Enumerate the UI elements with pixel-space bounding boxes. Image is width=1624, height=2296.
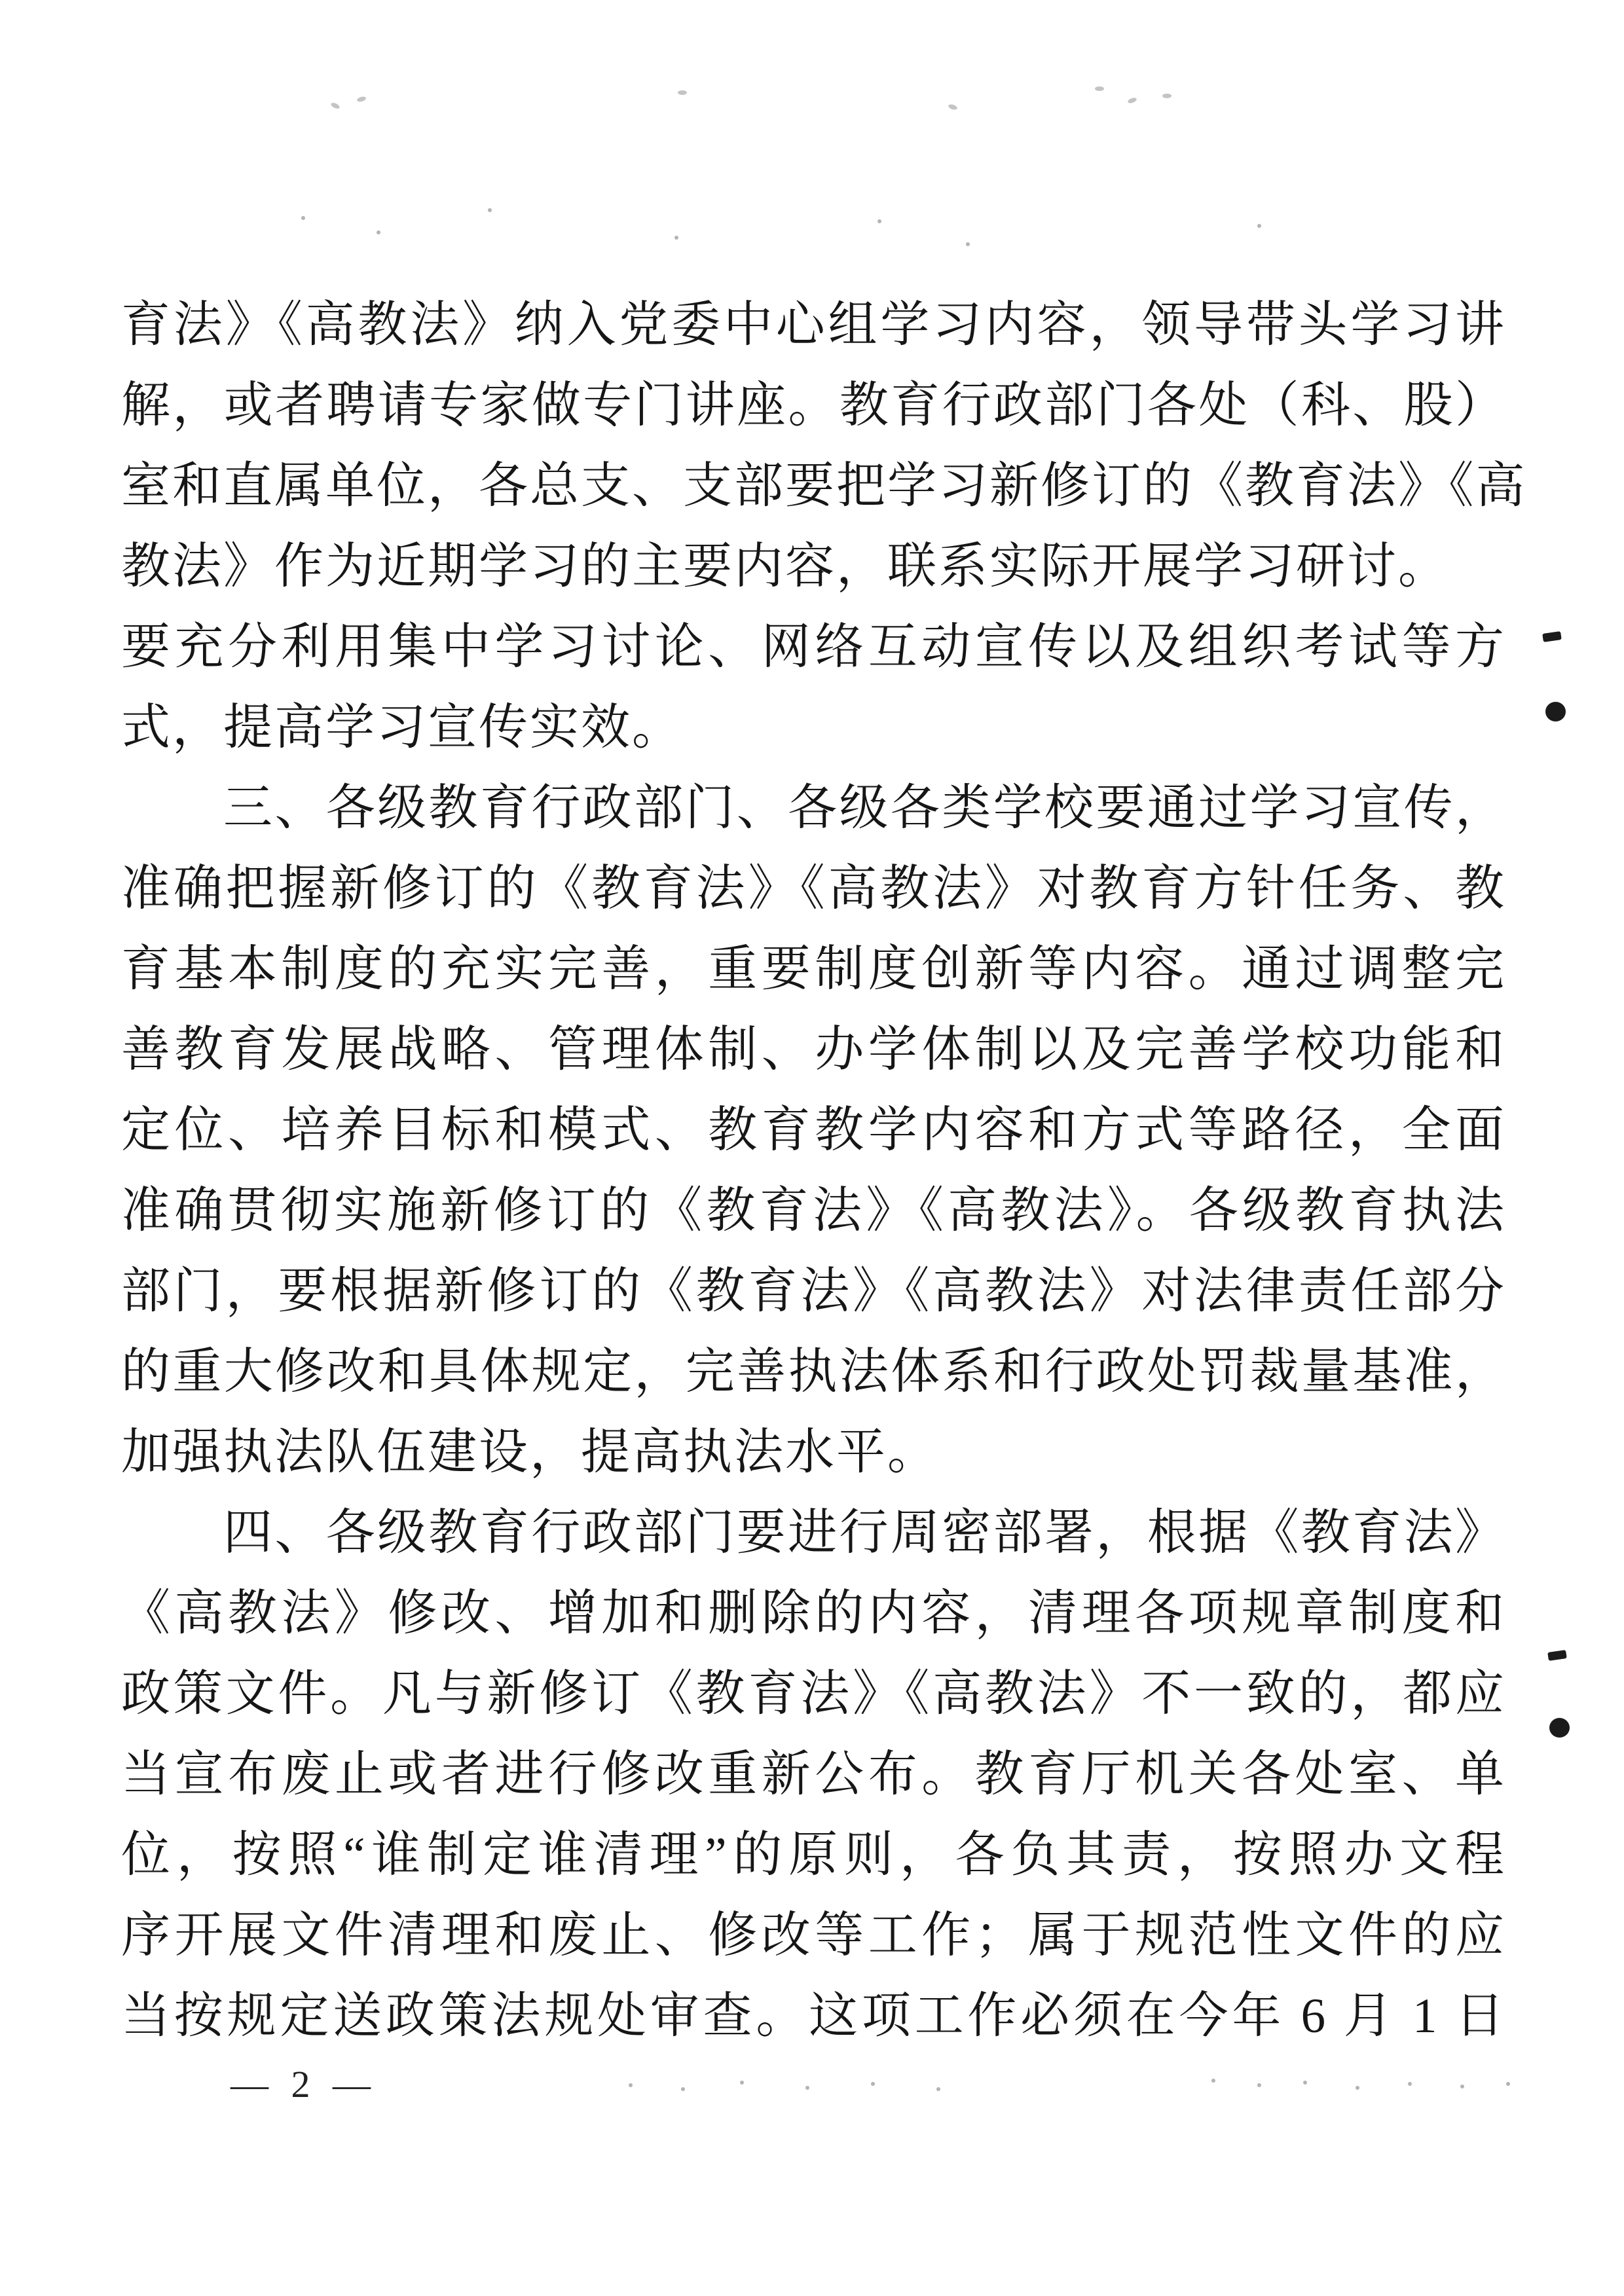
text-line: 序开展文件清理和废止、修改等工作；属于规范性文件的应: [121, 1895, 1506, 1976]
document-page: 育法》《高教法》纳入党委中心组学习内容，领导带头学习讲 解，或者聘请专家做专门讲…: [0, 0, 1624, 2296]
scan-speck: [966, 242, 970, 246]
document-body: 育法》《高教法》纳入党委中心组学习内容，领导带头学习讲 解，或者聘请专家做专门讲…: [121, 285, 1506, 2056]
scan-speck: [377, 230, 380, 234]
scan-speck: [356, 96, 366, 102]
scan-speck: [678, 90, 687, 95]
scan-speck: [629, 2083, 633, 2087]
scan-speck: [936, 2087, 940, 2091]
text-line: 育法》《高教法》纳入党委中心组学习内容，领导带头学习讲: [121, 285, 1506, 365]
text-line: 善教育发展战略、管理体制、办学体制以及完善学校功能和: [121, 1010, 1506, 1090]
text-line: 室和直属单位，各总支、支部要把学习新修订的《教育法》《高: [121, 446, 1506, 526]
scan-speck: [1356, 2086, 1359, 2090]
text-line: 教法》作为近期学习的主要内容，联系实际开展学习研讨。: [121, 526, 1506, 607]
text-line: 加强执法队伍建设，提高执法水平。: [121, 1412, 1506, 1493]
scan-speck: [301, 216, 305, 220]
text-line: 准确把握新修订的《教育法》《高教法》对教育方针任务、教: [121, 848, 1506, 929]
scan-speck: [740, 2081, 744, 2085]
scan-mark-dot: [1549, 1718, 1570, 1738]
text-line: 育基本制度的充实完善，重要制度创新等内容。通过调整完: [121, 929, 1506, 1010]
scan-speck: [1127, 97, 1137, 104]
scan-speck: [871, 2082, 875, 2086]
scan-speck: [1460, 2085, 1464, 2088]
scan-mark-dot: [1545, 702, 1566, 721]
scan-speck: [1211, 2079, 1215, 2083]
scan-speck: [1162, 94, 1172, 98]
text-line-section-four: 四、各级教育行政部门要进行周密部署，根据《教育法》: [121, 1493, 1506, 1573]
scan-speck: [330, 101, 341, 109]
scan-speck: [1257, 2083, 1261, 2087]
scan-speck: [681, 2087, 685, 2091]
text-line: 准确贯彻实施新修订的《教育法》《高教法》。各级教育执法: [121, 1171, 1506, 1251]
scan-speck: [674, 236, 678, 240]
scan-mark-dash: [1547, 1650, 1567, 1661]
text-line: 政策文件。凡与新修订《教育法》《高教法》不一致的，都应: [121, 1654, 1506, 1734]
scan-speck: [948, 103, 957, 111]
scan-speck: [877, 219, 881, 223]
text-line-section-three: 三、各级教育行政部门、各级各类学校要通过学习宣传，: [121, 768, 1506, 848]
text-line: 位，按照“谁制定谁清理”的原则，各负其责，按照办文程: [121, 1815, 1506, 1895]
scan-speck: [1303, 2081, 1307, 2085]
scan-speck: [488, 208, 492, 212]
text-line: 《高教法》修改、增加和删除的内容，清理各项规章制度和: [121, 1573, 1506, 1654]
scan-speck: [1408, 2082, 1412, 2086]
text-line: 当宣布废止或者进行修改重新公布。教育厅机关各处室、单: [121, 1734, 1506, 1815]
scan-speck: [1506, 2082, 1510, 2086]
text-line: 要充分利用集中学习讨论、网络互动宣传以及组织考试等方: [121, 607, 1506, 687]
text-line: 定位、培养目标和模式、教育教学内容和方式等路径，全面: [121, 1090, 1506, 1171]
scan-speck: [1257, 224, 1261, 228]
scan-speck: [805, 2086, 809, 2090]
text-line: 的重大修改和具体规定，完善执法体系和行政处罚裁量基准，: [121, 1332, 1506, 1412]
scan-speck: [1095, 86, 1104, 91]
text-line: 当按规定送政策法规处审查。这项工作必须在今年 6 月 1 日: [121, 1976, 1506, 2056]
text-line: 解，或者聘请专家做专门讲座。教育行政部门各处（科、股）: [121, 365, 1506, 446]
page-number: — 2 —: [231, 2062, 377, 2106]
text-line: 式，提高学习宣传实效。: [121, 687, 1506, 768]
text-line: 部门，要根据新修订的《教育法》《高教法》对法律责任部分: [121, 1251, 1506, 1332]
scan-mark-dash: [1542, 631, 1562, 642]
